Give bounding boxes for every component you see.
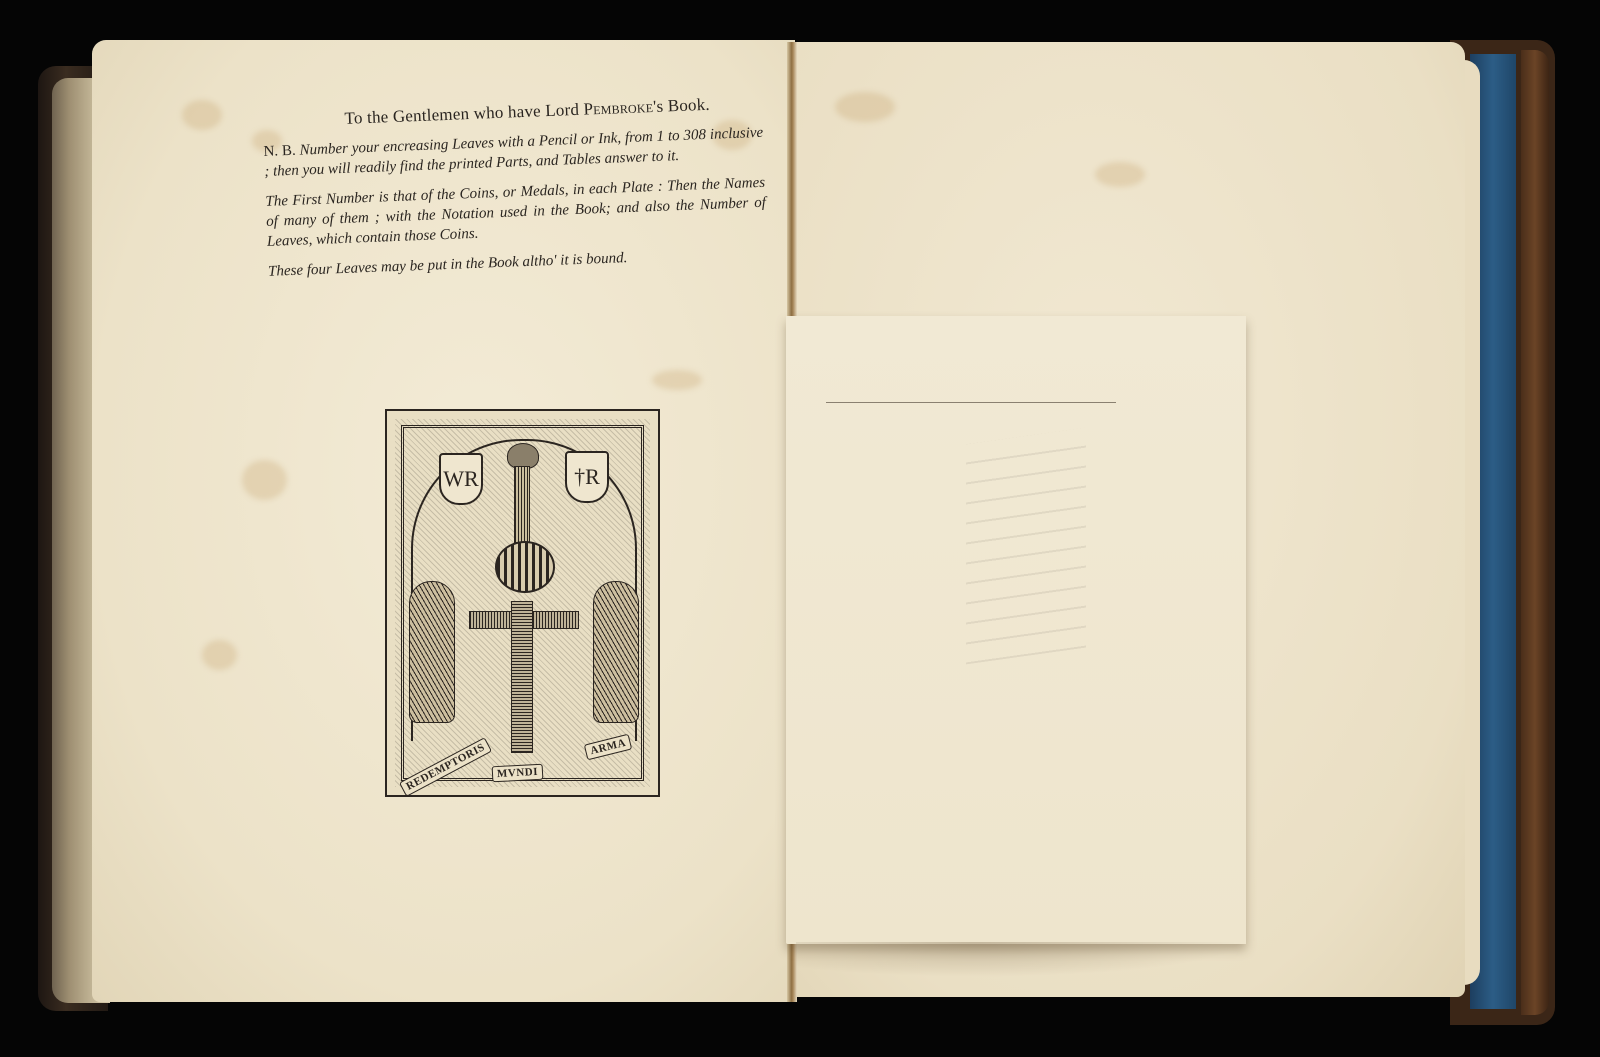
woodcut-bookplate: WR †R REDEMPTORIS MVNDI ARMA [385, 409, 660, 797]
cross-post-icon [511, 601, 533, 753]
motto-word-2: MVNDI [492, 764, 544, 783]
faint-handwriting-lines [966, 428, 1086, 665]
paragraph-2-text: The First Number is that of the Coins, o… [265, 175, 766, 250]
monogram-shield-left: WR [439, 453, 483, 505]
printed-notice: To the Gentlemen who have Lord Pembroke'… [262, 93, 768, 282]
paragraph-1-text: Number your encreasing Leaves with a Pen… [264, 125, 763, 180]
inserted-leaf [786, 316, 1246, 944]
cover-leather-edge [1521, 50, 1549, 1015]
monogram-right: †R [574, 464, 600, 490]
insert-shadow [796, 942, 1246, 977]
crown-icon [495, 541, 555, 593]
heading-name: Pembroke [583, 97, 653, 119]
nb-lead: N. B. [263, 143, 296, 160]
notice-paragraph-2: The First Number is that of the Coins, o… [265, 173, 767, 252]
unicorn-right-icon [593, 581, 639, 723]
bleed-through-handwriting [826, 336, 1106, 396]
motto-word-1: REDEMPTORIS [399, 737, 492, 797]
ruled-line [826, 402, 1116, 403]
notice-paragraph-1: N. B. Number your encreasing Leaves with… [263, 123, 764, 182]
monogram-shield-right: †R [565, 451, 609, 503]
motto-scroll: REDEMPTORIS MVNDI ARMA [397, 741, 647, 781]
pillar-icon [514, 466, 530, 543]
heading-suffix: 's Book. [653, 95, 710, 116]
unicorn-left-icon [409, 581, 455, 723]
monogram-left: WR [443, 466, 478, 492]
